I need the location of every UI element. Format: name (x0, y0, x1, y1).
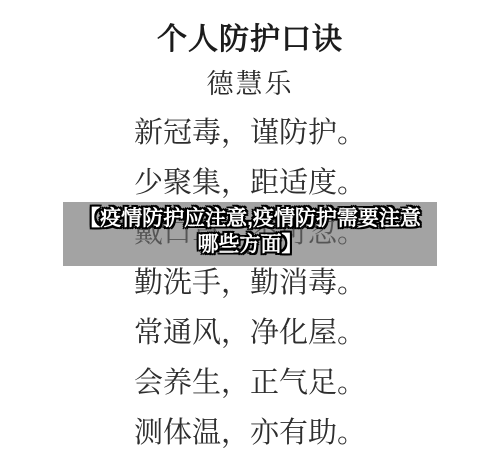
poem-body: 新冠毒，谨防护。 少聚集，距适度。 戴口罩，不可忽。 勤洗手，勤消毒。 常通风，… (0, 108, 500, 458)
poem-line: 新冠毒，谨防护。 (0, 108, 500, 158)
caption-text-line-2: 哪些方面】 (63, 232, 437, 258)
poem-line: 会养生，正气足。 (0, 358, 500, 408)
poem-line: 少聚集，距适度。 (0, 158, 500, 208)
poem-author: 德慧乐 (0, 62, 500, 101)
caption-overlay: 【疫情防护应注意,疫情防护需要注意 哪些方面】 (63, 202, 437, 266)
poem-line: 测体温，亦有助。 (0, 408, 500, 458)
poem-title: 个人防护口诀 (0, 14, 500, 58)
poem-line: 常通风，净化屋。 (0, 308, 500, 358)
poster-image: 个人防护口诀 德慧乐 新冠毒，谨防护。 少聚集，距适度。 戴口罩，不可忽。 勤洗… (0, 0, 500, 467)
caption-text-line-1: 【疫情防护应注意,疫情防护需要注意 (63, 206, 437, 232)
